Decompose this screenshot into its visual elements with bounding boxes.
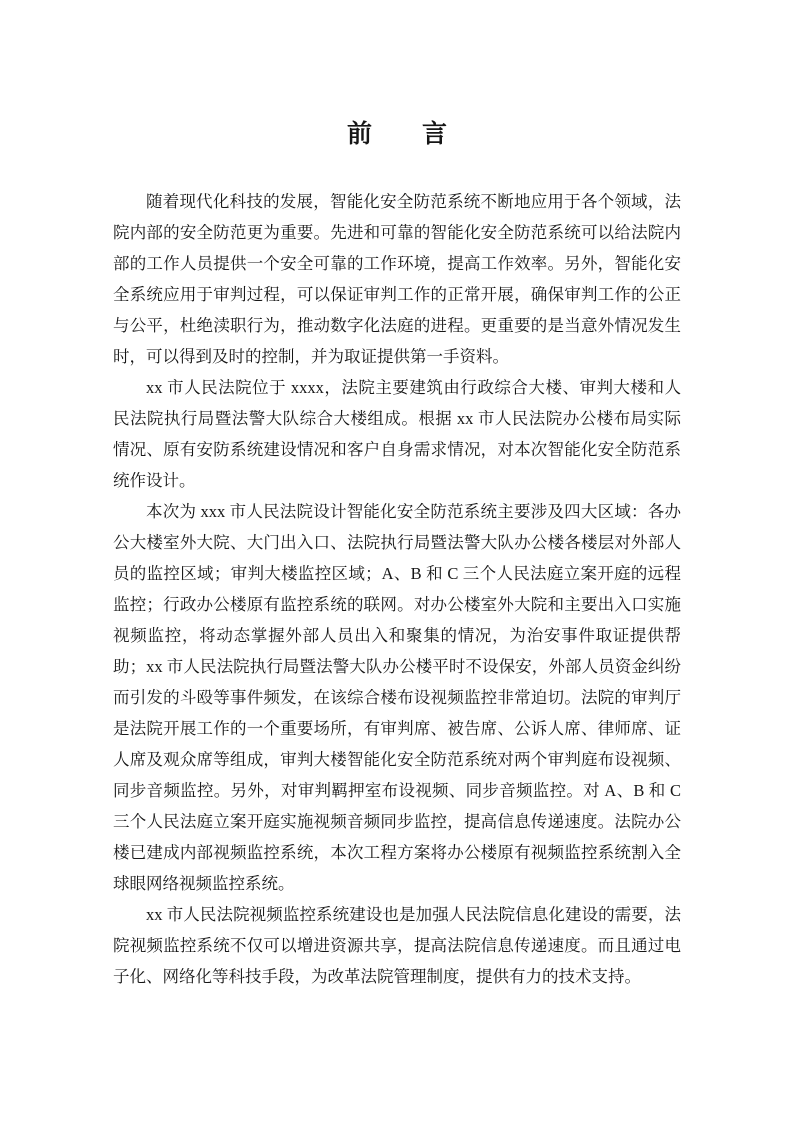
paragraph-system-design-areas: 本次为 xxx 市人民法院设计智能化安全防范系统主要涉及四大区域：各办公大楼室外… bbox=[113, 496, 681, 899]
document-body: 随着现代化科技的发展，智能化安全防范系统不断地应用于各个领域，法院内部的安全防范… bbox=[113, 186, 681, 992]
paragraph-intro: 随着现代化科技的发展，智能化安全防范系统不断地应用于各个领域，法院内部的安全防范… bbox=[113, 186, 681, 372]
document-page: 前 言 随着现代化科技的发展，智能化安全防范系统不断地应用于各个领域，法院内部的… bbox=[0, 0, 793, 1122]
document-title: 前 言 bbox=[113, 120, 681, 150]
paragraph-court-location: xx 市人民法院位于 xxxx，法院主要建筑由行政综合大楼、审判大楼和人民法院执… bbox=[113, 372, 681, 496]
paragraph-informatization-need: xx 市人民法院视频监控系统建设也是加强人民法院信息化建设的需要，法院视频监控系… bbox=[113, 899, 681, 992]
